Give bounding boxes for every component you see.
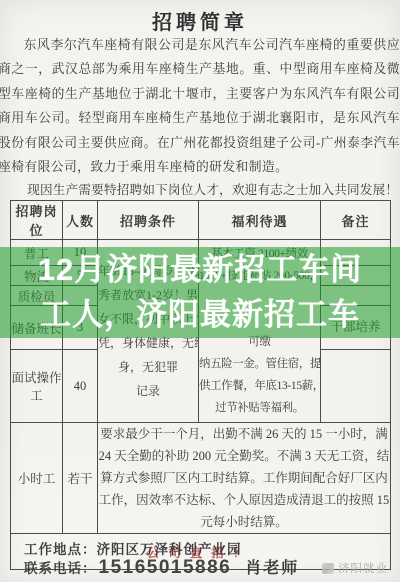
- position-name: 小时工: [11, 423, 63, 534]
- table-row-xiaoshigong: 小时工 若干 要求最少干一个月，出勤不满 26 天的 15 一小时，满 24 天…: [11, 423, 391, 534]
- position-count: 若干: [63, 423, 98, 534]
- contact-phone-row: 联系电话： 15165015886 肖老师: [24, 555, 299, 579]
- phone-label: 联系电话：: [24, 557, 97, 577]
- contact-person: 肖老师: [245, 555, 299, 578]
- phone-number: 15165015886: [99, 557, 232, 579]
- hourly-worker-details: 要求最少干一个月，出勤不满 26 天的 15 一小时，满 24 天全勤的补助 2…: [98, 423, 391, 534]
- benefit-line: 纳五险一金。管住宿，提: [199, 353, 320, 375]
- recruit-callout-line: 现因生产需要特招聘如下岗位人才，欢迎有志之士加入共同发展！: [2, 179, 400, 198]
- watermark-text: 济阳就业: [338, 560, 388, 576]
- note-cell: [321, 350, 391, 423]
- jiyang-employment-logo-icon: [322, 563, 334, 574]
- condition-line: 记录: [98, 379, 198, 403]
- page-title: 招聘简章: [0, 6, 400, 35]
- condition-line: 身，无犯罪: [98, 355, 198, 379]
- table-header-row: 招聘岗位 人数 招聘条件 福利待遇 备注: [11, 201, 391, 240]
- benefit-line: 过节补贴等福利。: [199, 397, 320, 419]
- jiyang-employment-watermark: 济阳就业: [322, 560, 388, 576]
- green-title-overlay-banner: 12月济阳最新招工车间 工人，济阳最新招工车: [0, 247, 400, 338]
- banner-title-line2: 工人，济阳最新招工车: [0, 292, 400, 337]
- column-header-position: 招聘岗位: [11, 201, 63, 240]
- position-count: 40: [63, 350, 98, 423]
- column-header-count: 人数: [63, 201, 98, 240]
- position-name: 面试操作工: [11, 350, 63, 423]
- column-header-benefits: 福利待遇: [199, 201, 321, 240]
- company-intro-paragraph: 东风李尔汽车座椅有限公司是东风汽车公司汽车座椅的重要供应商之一，武汉总部为乘用车…: [0, 33, 400, 179]
- column-header-notes: 备注: [321, 201, 391, 240]
- banner-title-line1: 12月济阳最新招工车间: [0, 247, 400, 292]
- benefit-line: 供工作餐，年底13-15薪，: [199, 375, 320, 397]
- recruitment-flyer: 招聘简章 东风李尔汽车座椅有限公司是东风汽车公司汽车座椅的重要供应商之一，武汉总…: [0, 0, 400, 582]
- column-header-conditions: 招聘条件: [98, 201, 199, 240]
